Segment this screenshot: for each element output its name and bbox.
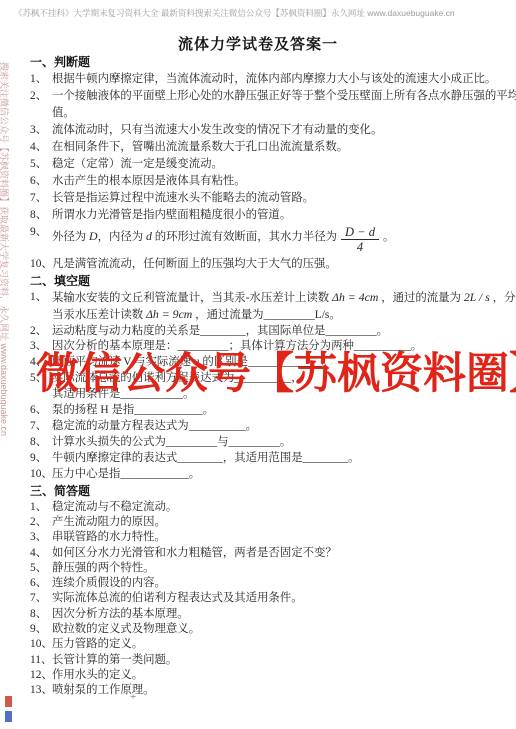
question-number: 4、 — [30, 139, 47, 156]
question-line: 6、连续介质假设的内容。 — [30, 576, 496, 591]
question-number: 10、 — [30, 256, 53, 273]
question-line: 2、产生流动阻力的原因。 — [30, 515, 496, 530]
question-item: 9、牛顿内摩擦定律的表达式________，其适用范围是________。 — [30, 451, 496, 467]
corner-mark-red — [5, 696, 12, 707]
question-number: 9、 — [30, 451, 47, 467]
question-number: 6、 — [30, 403, 47, 419]
question-number: 5、 — [30, 156, 47, 173]
question-item: 8、所谓水力光滑管是指内壁面粗糙度很小的管道。 — [30, 207, 496, 224]
question-line: 3、流体流动时，只有当流速大小发生改变的情况下才有动量的变化。 — [30, 122, 496, 139]
question-number: 12、 — [30, 668, 53, 683]
question-line: 1、根据牛顿内摩擦定律，当流体流动时，流体内部内摩擦力大小与该处的流速大小成正比… — [30, 71, 496, 88]
question-line: 5、静压强的两个特性。 — [30, 561, 496, 576]
question-line: 10、压力管路的定义。 — [30, 637, 496, 652]
question-number: 7、 — [30, 419, 47, 435]
question-number: 11、 — [30, 653, 52, 668]
question-number: 2、 — [30, 515, 47, 530]
question-number: 6、 — [30, 576, 47, 591]
question-line: 4、如何区分水力光滑管和水力粗糙管，两者是否固定不变？ — [30, 546, 496, 561]
question-line: 3、串联管路的水力特性。 — [30, 530, 496, 545]
math-expression: d — [146, 229, 152, 243]
question-item: 2、一个接触液体的平面壁上形心处的水静压强正好等于整个受压壁面上所有各点水静压强… — [30, 88, 496, 122]
question-number: 1、 — [30, 500, 47, 515]
question-item: 5、稳定（定常）流一定是缓变流动。 — [30, 156, 496, 173]
question-line: 10、凡是满管流流动，任何断面上的压强均大于大气的压强。 — [30, 256, 496, 273]
question-item: 3、流体流动时，只有当流速大小发生改变的情况下才有动量的变化。 — [30, 122, 496, 139]
question-line: 8、因次分析方法的基本原理。 — [30, 607, 496, 622]
question-item: 1、稳定流动与不稳定流动。 — [30, 500, 496, 515]
question-number: 4、 — [30, 546, 47, 561]
section-short: 三、简答题1、稳定流动与不稳定流动。2、产生流动阻力的原因。3、串联管路的水力特… — [30, 483, 496, 699]
question-number: 8、 — [30, 607, 47, 622]
math-expression: Δh = 4cm — [332, 290, 378, 304]
section-heading: 三、简答题 — [30, 483, 496, 500]
question-line: 2、运动粘度与动力粘度的关系是________，其国际单位是_________。 — [30, 324, 496, 340]
question-item: 10、压力中心是指____________。 — [30, 467, 496, 483]
watermark: 微信公众号【苏枫资料圈】 — [36, 340, 516, 401]
question-number: 9、 — [30, 622, 47, 637]
question-number: 5、 — [30, 561, 47, 576]
question-line: 7、实际流体总流的伯诺利方程表达式及其适用条件。 — [30, 591, 496, 606]
question-line: 6、泵的扬程 H 是指____________。 — [30, 403, 496, 419]
question-line: 9、欧拉数的定义式及物理意义。 — [30, 622, 496, 637]
question-number: 8、 — [30, 207, 47, 224]
question-number: 13、 — [30, 683, 53, 698]
question-number: 3、 — [30, 530, 47, 545]
math-expression: Δh = 9cm — [146, 307, 192, 321]
corner-mark-blue — [5, 711, 12, 722]
question-number: 2、 — [30, 88, 47, 105]
question-item: 7、长管是指运算过程中流速水头不能略去的流动管路。 — [30, 190, 496, 207]
question-line: 9、外径为 D，内径为 d 的环形过流有效断面，其水力半径为D − d4。 — [30, 224, 496, 256]
section-heading: 一、判断题 — [30, 54, 496, 71]
question-item: 8、因次分析方法的基本原理。 — [30, 607, 496, 622]
question-line: 8、计算水头损失的公式为_________与_________。 — [30, 435, 496, 451]
question-number: 6、 — [30, 173, 47, 190]
question-item: 11、长管计算的第一类问题。 — [30, 653, 496, 668]
question-number: 2、 — [30, 324, 47, 340]
section-judge: 一、判断题1、根据牛顿内摩擦定律，当流体流动时，流体内部内摩擦力大小与该处的流速… — [30, 54, 496, 273]
question-line-continuation: 值。 — [30, 105, 496, 122]
question-line: 8、所谓水力光滑管是指内壁面粗糙度很小的管道。 — [30, 207, 496, 224]
question-item: 6、连续介质假设的内容。 — [30, 576, 496, 591]
question-item: 6、水击产生的根本原因是液体具有粘性。 — [30, 173, 496, 190]
question-line: 1、某输水安装的文丘利管流量计，当其汞-水压差计上读数 Δh = 4cm ，通过… — [30, 290, 496, 307]
question-item: 1、根据牛顿内摩擦定律，当流体流动时，流体内部内摩擦力大小与该处的流速大小成正比… — [30, 71, 496, 88]
question-item: 7、实际流体总流的伯诺利方程表达式及其适用条件。 — [30, 591, 496, 606]
question-number: 7、 — [30, 190, 47, 207]
question-item: 2、运动粘度与动力粘度的关系是________，其国际单位是_________。 — [30, 324, 496, 340]
question-number: 7、 — [30, 591, 47, 606]
page-title: 流体力学试卷及答案一 — [0, 33, 516, 54]
question-item: 5、静压强的两个特性。 — [30, 561, 496, 576]
question-item: 12、作用水头的定义。 — [30, 668, 496, 683]
question-line: 7、稳定流的动量方程表达式为__________。 — [30, 419, 496, 435]
math-expression: 2L / s — [464, 290, 490, 304]
page-footer-mark: + — [130, 691, 136, 703]
question-number: 1、 — [30, 290, 47, 306]
question-number: 10、 — [30, 467, 53, 483]
question-item: 13、喷射泵的工作原理。 — [30, 683, 496, 698]
question-line: 9、牛顿内摩擦定律的表达式________，其适用范围是________。 — [30, 451, 496, 467]
question-line: 2、一个接触液体的平面壁上形心处的水静压强正好等于整个受压壁面上所有各点水静压强… — [30, 88, 496, 105]
question-item: 8、计算水头损失的公式为_________与_________。 — [30, 435, 496, 451]
page-header-promo-text: 《苏枫不挂科》大学期末复习资料大全 最新资料搜索关注微信公众号【苏枫资料圈】永久… — [14, 7, 512, 19]
question-item: 2、产生流动阻力的原因。 — [30, 515, 496, 530]
sidebar-vertical-promo-text: 搜索关注微信公众号【苏枫资料圈】获取最新大学复习资料，永久网址 www.daxu… — [0, 62, 11, 436]
question-line: 5、稳定（定常）流一定是缓变流动。 — [30, 156, 496, 173]
question-number: 8、 — [30, 435, 47, 451]
question-line: 13、喷射泵的工作原理。 — [30, 683, 496, 698]
question-item: 6、泵的扬程 H 是指____________。 — [30, 403, 496, 419]
question-line: 12、作用水头的定义。 — [30, 668, 496, 683]
question-line: 10、压力中心是指____________。 — [30, 467, 496, 483]
question-item: 10、凡是满管流流动，任何断面上的压强均大于大气的压强。 — [30, 256, 496, 273]
question-line: 7、长管是指运算过程中流速水头不能略去的流动管路。 — [30, 190, 496, 207]
question-item: 9、外径为 D，内径为 d 的环形过流有效断面，其水力半径为D − d4。 — [30, 224, 496, 256]
question-item: 1、某输水安装的文丘利管流量计，当其汞-水压差计上读数 Δh = 4cm ，通过… — [30, 290, 496, 324]
question-number: 1、 — [30, 71, 47, 88]
question-line-continuation: 当汞水压差计读数 Δh = 9cm ，通过流量为_________L/s。 — [30, 307, 496, 324]
section-heading: 二、填空题 — [30, 273, 496, 290]
question-line: 4、在相同条件下，管嘴出流流量系数大于孔口出流流量系数。 — [30, 139, 496, 156]
question-number: 3、 — [30, 122, 47, 139]
math-fraction: D − d4 — [341, 225, 379, 255]
question-number: 10、 — [30, 637, 53, 652]
question-item: 9、欧拉数的定义式及物理意义。 — [30, 622, 496, 637]
question-item: 10、压力管路的定义。 — [30, 637, 496, 652]
question-number: 9、 — [30, 224, 47, 241]
question-item: 4、在相同条件下，管嘴出流流量系数大于孔口出流流量系数。 — [30, 139, 496, 156]
question-item: 7、稳定流的动量方程表达式为__________。 — [30, 419, 496, 435]
question-item: 3、串联管路的水力特性。 — [30, 530, 496, 545]
question-line: 11、长管计算的第一类问题。 — [30, 653, 496, 668]
question-line: 1、稳定流动与不稳定流动。 — [30, 500, 496, 515]
question-line: 6、水击产生的根本原因是液体具有粘性。 — [30, 173, 496, 190]
math-expression: D — [89, 229, 98, 243]
question-item: 4、如何区分水力光滑管和水力粗糙管，两者是否固定不变？ — [30, 546, 496, 561]
